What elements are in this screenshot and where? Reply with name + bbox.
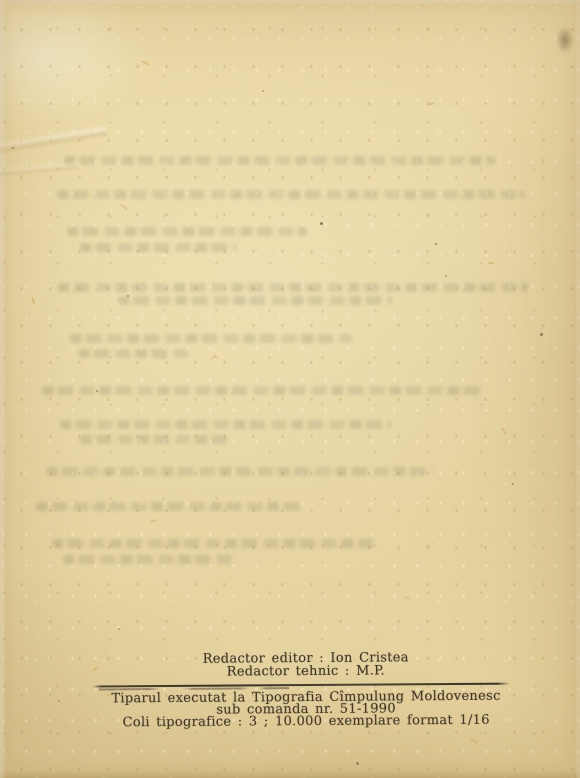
paper-fiber bbox=[120, 204, 127, 210]
scanned-book-page: Redactor editor : Ion Cristea Redactor t… bbox=[0, 0, 580, 778]
colophon-imprint-block: Redactor editor : Ion Cristea Redactor t… bbox=[83, 650, 530, 737]
paper-speck bbox=[127, 295, 129, 297]
ghost-text-line bbox=[80, 435, 227, 444]
paper-fiber bbox=[488, 261, 494, 264]
paper-speck bbox=[320, 222, 323, 225]
ghost-text-line bbox=[58, 283, 528, 292]
paper-fiber bbox=[404, 596, 411, 599]
paper-speck bbox=[445, 275, 447, 277]
paper-fiber bbox=[32, 297, 35, 304]
ghost-text-line bbox=[63, 555, 235, 564]
paper-fiber bbox=[470, 738, 478, 743]
paper-fiber bbox=[541, 158, 545, 164]
ghost-text-line bbox=[36, 502, 303, 511]
ghost-text-line bbox=[80, 243, 237, 252]
ghost-text-line bbox=[52, 539, 374, 548]
paper-speck bbox=[512, 483, 514, 485]
technical-editor-credit-line: Redactor tehnic : M.P. bbox=[83, 663, 529, 679]
ghost-text-line bbox=[70, 334, 352, 343]
paper-speck bbox=[262, 90, 264, 92]
ghost-text-line bbox=[42, 386, 484, 395]
paper-speck bbox=[118, 628, 120, 630]
ghost-text-line bbox=[118, 296, 393, 305]
paper-speck bbox=[356, 762, 359, 765]
ghost-text-line bbox=[78, 349, 190, 358]
imprint-divider-rule bbox=[93, 683, 510, 688]
ghost-text-line bbox=[67, 227, 307, 236]
paper-speck bbox=[96, 390, 98, 392]
ghost-text-line bbox=[64, 156, 496, 165]
paper-fiber bbox=[142, 60, 149, 65]
ghost-text-line bbox=[57, 190, 525, 199]
paper-fiber bbox=[210, 354, 217, 359]
paper-speck bbox=[12, 147, 14, 149]
print-run-line: Coli tipografice : 3 ; 10.000 exemplare … bbox=[83, 713, 529, 729]
paper-fiber bbox=[428, 102, 434, 105]
paper-speck bbox=[435, 243, 437, 245]
ghost-text-line bbox=[46, 467, 433, 476]
ghost-text-line bbox=[60, 420, 392, 429]
paper-speck bbox=[58, 700, 60, 702]
paper-fiber bbox=[501, 427, 507, 434]
paper-fiber bbox=[150, 519, 156, 523]
paper-speck bbox=[540, 333, 543, 336]
